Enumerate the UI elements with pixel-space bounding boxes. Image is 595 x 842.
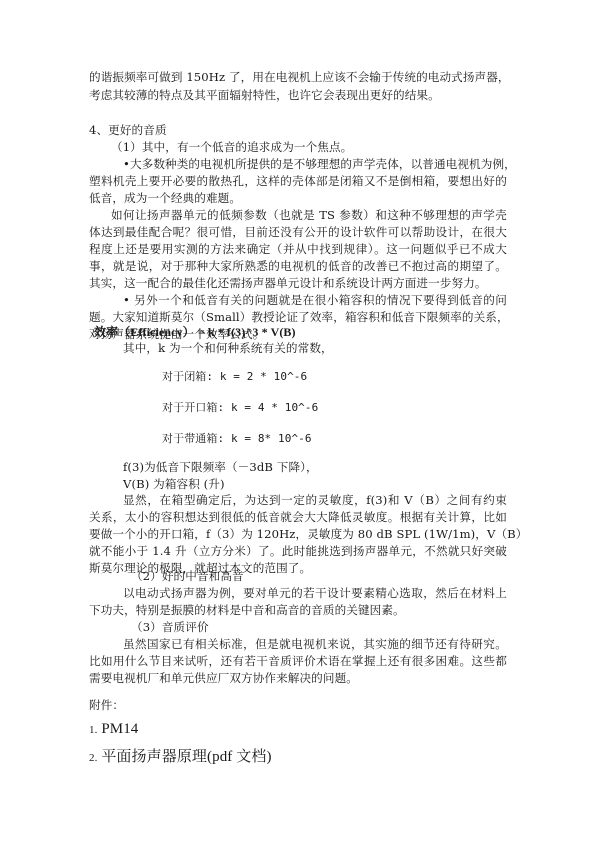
- para4-line-3: 要做一个小的开口箱，f（3）为 120Hz，灵敏度为 80 dB SPL (1W…: [89, 526, 507, 543]
- para4-line-1: 显然，在箱型确定后，为达到一定的灵敏度，f(3)和 V（B）之间有约束: [123, 492, 507, 509]
- para3-line-1: • 另外一个和低音有关的问题就是在很小箱容积的情况下要得到低音的问: [123, 292, 507, 309]
- para5-line-2: 下功夫，特别是振膜的材料是中音和高音的音质的关键因素。: [89, 602, 405, 619]
- k-value-ported-box: 对于开口箱: k = 4 * 10^-6: [162, 399, 318, 416]
- para4-line-2: 关系，太小的容积想达到很低的低音就会大大降低灵敏度。根据有关计算，比如: [89, 509, 507, 526]
- para1-line-1: •大多数种类的电视机所提供的是不够理想的声学壳体，以普通电视机为例，: [123, 156, 507, 173]
- sub1-heading: （1）其中，有一个低音的追求成为一个焦点。: [111, 139, 352, 156]
- efficiency-formula: 效率（Efficiency） = k * f(3)^3 * V(B): [94, 324, 296, 341]
- para2-line-1: 如何让扬声器单元的低频参数（也就是 TS 参数）和这种不够理想的声学壳: [111, 207, 507, 224]
- para6-line-2: 比如用什么节目来试听，还有若干音质评价术语在掌握上还有很多困难。这些都: [89, 653, 507, 670]
- attachment-item-2[interactable]: 2. 平面扬声器原理(pdf 文档): [89, 746, 272, 769]
- para6-line-1: 虽然国家已有相关标准，但是就电视机来说，其实施的细节还有待研究。: [123, 636, 507, 653]
- attachment-item-1[interactable]: 1. PM14: [89, 718, 138, 741]
- intro-line-2: 考虑其较薄的特点及其平面辐射特性，也许它会表现出更好的结果。: [89, 87, 440, 104]
- section-heading: 4、更好的音质: [89, 122, 167, 139]
- formula-note: 其中，k 为一个和何种系统有关的常数，: [123, 340, 333, 357]
- para2-line-4: 事，就是说，对于那种大家所熟悉的电视机的低音的改善已不抱过高的期望了。: [89, 258, 507, 275]
- attachment-number: 2.: [89, 752, 97, 764]
- definition-vb: V(B) 为箱容积 (升): [123, 476, 225, 493]
- sub2-heading: （2）好的中音和高音: [131, 568, 244, 585]
- para2-line-2: 体达到最佳配合呢？很可惜，目前还没有公开的设计软件可以帮助设计，在很大: [89, 224, 507, 241]
- attachments-label: 附件：: [89, 697, 124, 714]
- sub3-heading: （3）音质评价: [131, 619, 209, 636]
- attachment-number: 1.: [89, 724, 97, 736]
- document-page: 的谐振频率可做到 150Hz 了，用在电视机上应该不会输于传统的电动式扬声器， …: [0, 0, 595, 842]
- para1-line-3: 低音，成为一个经典的难题。: [89, 190, 241, 207]
- para2-line-5: 其实，这一配合的最佳化还需扬声器单元设计和系统设计两方面进一步努力。: [89, 275, 487, 292]
- k-value-bandpass-box: 对于带通箱: k = 8* 10^-6: [162, 430, 312, 447]
- attachment-link-pm14[interactable]: PM14: [101, 721, 138, 737]
- para6-line-3: 需要电视机厂和单元供应厂双方协作来解决的问题。: [89, 670, 358, 687]
- definition-f3: f(3)为低音下限频率（－3dB 下降），: [123, 459, 318, 476]
- intro-line-1: 的谐振频率可做到 150Hz 了，用在电视机上应该不会输于传统的电动式扬声器，: [89, 69, 507, 86]
- para2-line-3: 程度上还是要用实测的方法来确定（并从中找到规律）。这一问题似乎已不成大: [89, 241, 507, 258]
- para1-line-2: 塑料机壳上要开必要的散热孔，这样的壳体部是闭箱又不是倒相箱，要想出好的: [89, 173, 507, 190]
- k-value-closed-box: 对于闭箱: k = 2 * 10^-6: [162, 368, 307, 385]
- para4-line-4: 就不能小于 1.4 升（立方分米）了。此时能挑选到扬声器单元，不然就只好突破: [89, 543, 507, 560]
- para5-line-1: 以电动式扬声器为例，要对单元的若干设计要素精心选取，然后在材料上: [123, 585, 507, 602]
- attachment-link-pdf[interactable]: 平面扬声器原理(pdf 文档): [101, 749, 271, 765]
